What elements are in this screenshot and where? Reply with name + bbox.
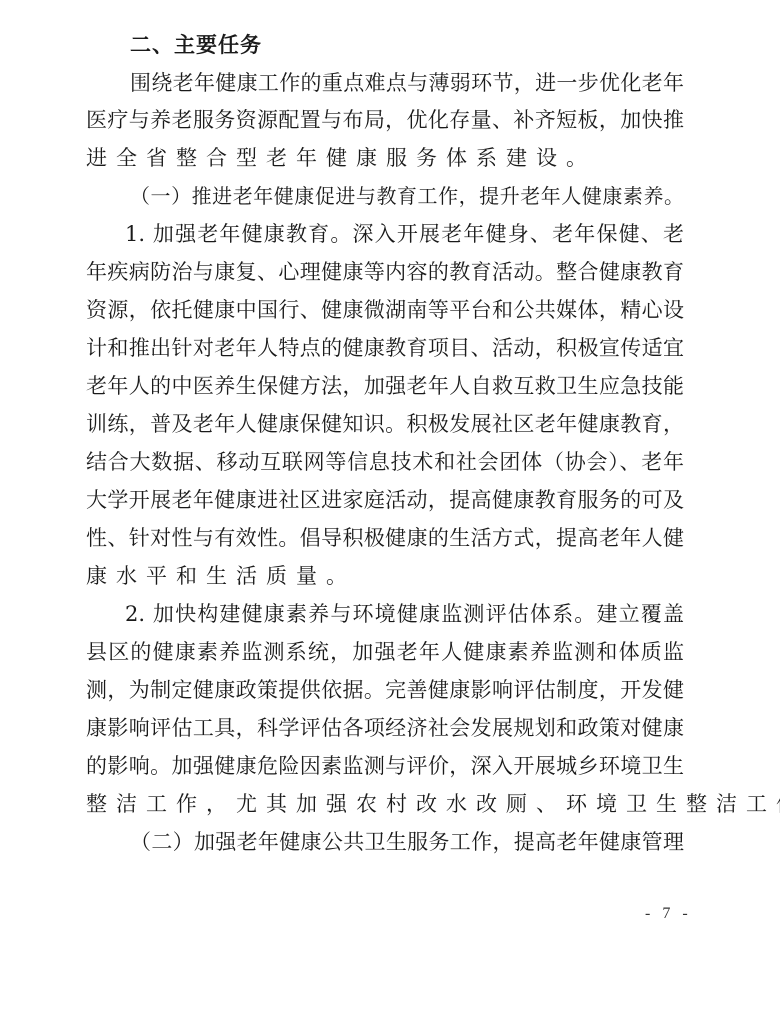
intro-line-1: 围绕老年健康工作的重点难点与薄弱环节，进一步优化老年 xyxy=(130,68,684,98)
item-2-line-3: 测，为制定健康政策提供依据。完善健康影响评估制度，开发健 xyxy=(86,675,684,705)
item-2-line-4: 康影响评估工具，科学评估各项经济社会发展规划和政策对健康 xyxy=(86,713,684,743)
item-1-line-4: 计和推出针对老年人特点的健康教育项目、活动，积极宣传适宜 xyxy=(86,333,684,363)
item-1-line-2: 年疾病防治与康复、心理健康等内容的教育活动。整合健康教育 xyxy=(86,257,684,287)
item-1-line-6: 训练，普及老年人健康保健知识。积极发展社区老年健康教育， xyxy=(86,409,684,439)
item-1-line-8: 大学开展老年健康进社区进家庭活动，提高健康教育服务的可及 xyxy=(86,485,684,515)
item-1-line-5: 老年人的中医养生保健方法，加强老年人自救互救卫生应急技能 xyxy=(86,371,684,401)
item-2-line-6: 整洁工作，尤其加强农村改水改厕、环境卫生整洁工作。 xyxy=(86,789,684,819)
item-2-line-5: 的影响。加强健康危险因素监测与评价，深入开展城乡环境卫生 xyxy=(86,751,684,781)
intro-line-3: 进全省整合型老年健康服务体系建设。 xyxy=(86,143,684,173)
item-1-line-1: 1. 加强老年健康教育。深入开展老年健身、老年保健、老 xyxy=(125,219,684,249)
item-1-line-9: 性、针对性与有效性。倡导积极健康的生活方式，提高老年人健 xyxy=(86,523,684,553)
item-1-line-7: 结合大数据、移动互联网等信息技术和社会团体（协会）、老年 xyxy=(86,447,684,477)
section-heading: 二、主要任务 xyxy=(130,30,262,60)
item-2-line-2: 县区的健康素养监测系统，加强老年人健康素养监测和体质监 xyxy=(86,637,684,667)
subsection-1-heading: （一）推进老年健康促进与教育工作，提升老年人健康素养。 xyxy=(130,181,684,211)
item-1-line-10: 康水平和生活质量。 xyxy=(86,561,684,591)
page-number: - 7 - xyxy=(645,905,692,923)
document-page: 二、主要任务 围绕老年健康工作的重点难点与薄弱环节，进一步优化老年 医疗与养老服… xyxy=(0,0,780,1012)
item-1-line-3: 资源，依托健康中国行、健康微湖南等平台和公共媒体，精心设 xyxy=(86,295,684,325)
subsection-2-heading: （二）加强老年健康公共卫生服务工作，提高老年健康管理 xyxy=(130,827,684,857)
intro-line-2: 医疗与养老服务资源配置与布局，优化存量、补齐短板，加快推 xyxy=(86,105,684,135)
item-2-line-1: 2. 加快构建健康素养与环境健康监测评估体系。建立覆盖 xyxy=(125,599,684,629)
